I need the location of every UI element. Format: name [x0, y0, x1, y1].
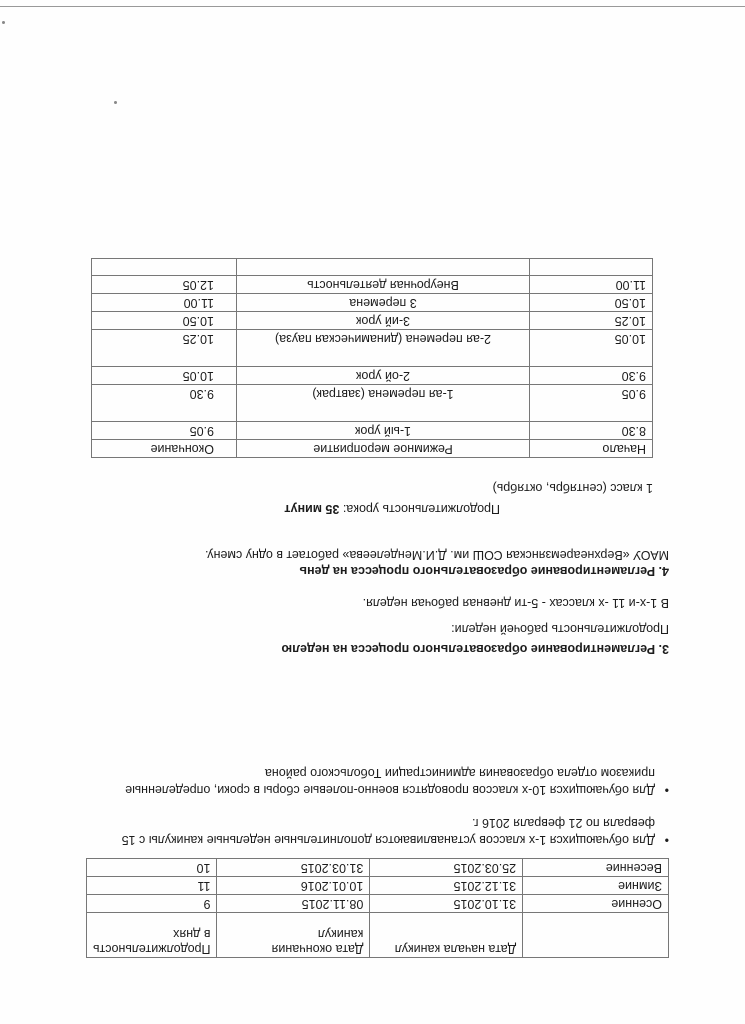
note-military-camp: • Для обучающихся 10-х классов проводятс… [79, 764, 669, 798]
table-row: Осенние 31.10.2015 08.11.2015 9 [87, 895, 669, 913]
section-3-line: Продолжительность рабочей недели: [451, 622, 669, 636]
header-cell: Дата начала каникул [370, 913, 523, 958]
end-time: 10.25 [92, 330, 237, 367]
scan-speck [2, 21, 5, 24]
end-time: 10.50 [92, 312, 237, 330]
table-row: Зимние 31.12.2015 10.01.2016 11 [87, 877, 669, 895]
table-row: 9.30 2-ой урок 10.05 [92, 367, 653, 385]
header-cell: Режимное мероприятие [237, 440, 530, 458]
bullet-icon: • [665, 831, 669, 848]
header-cell: Продолжительность в днях [87, 913, 218, 958]
note-first-grade-vacation: • Для обучающихся 1-х классов устанавлив… [79, 814, 669, 848]
event: 2-ой урок [237, 367, 530, 385]
scanned-page: Дата начала каникул Дата окончания каник… [0, 0, 745, 1024]
vacation-days: 11 [87, 877, 218, 895]
vacation-days: 9 [87, 895, 218, 913]
end-time: 10.05 [92, 367, 237, 385]
section-3-line: В 1-х-и 11 -х классах - 5-ти дневная раб… [363, 596, 669, 610]
page-edge-line [0, 6, 745, 7]
end-time: 12.05 [92, 276, 237, 294]
vacation-start: 25.03.2015 [370, 859, 523, 877]
header-cell: Окончание [92, 440, 237, 458]
table-row: 10.50 3 перемена 11.00 [92, 294, 653, 312]
vacation-table: Дата начала каникул Дата окончания каник… [86, 858, 669, 958]
event: 1-ая перемена (завтрак) [237, 385, 530, 422]
table-header-row: Начало Режимное мероприятие Окончание [92, 440, 653, 458]
lesson-duration-value: 35 минут [284, 502, 339, 516]
table-row: 9.05 1-ая перемена (завтрак) 9.30 [92, 385, 653, 422]
start-time: 11.00 [530, 276, 653, 294]
end-time: 11.00 [92, 294, 237, 312]
lesson-duration: Продолжительность урока: 35 минут [284, 502, 500, 516]
note-text: Для обучающихся 1-х классов устанавливаю… [79, 814, 655, 848]
vacation-end: 08.11.2015 [217, 895, 370, 913]
daily-schedule-table: Начало Режимное мероприятие Окончание 8.… [91, 258, 653, 458]
table-row: 10.05 2-ая перемена (динамическая пауза)… [92, 330, 653, 367]
start-time: 10.25 [530, 312, 653, 330]
table-row: 11.00 Внеурочная деятельность 12.05 [92, 276, 653, 294]
start-time: 9.05 [530, 385, 653, 422]
event: 3-ий урок [237, 312, 530, 330]
start-time: 9.30 [530, 367, 653, 385]
note-text: Для обучающихся 10-х классов проводятся … [79, 764, 655, 798]
table-header-row: Дата начала каникул Дата окончания каник… [87, 913, 669, 958]
vacation-end: 10.01.2016 [217, 877, 370, 895]
event: 1-ый урок [237, 422, 530, 440]
vacation-start: 31.10.2015 [370, 895, 523, 913]
scan-speck [114, 101, 117, 104]
event: 3 перемена [237, 294, 530, 312]
empty-cell [92, 259, 237, 276]
table-row: Весенние 25.03.2015 31.03.2015 10 [87, 859, 669, 877]
table-row-empty [92, 259, 653, 276]
vacation-name: Зимние [523, 877, 669, 895]
section-3-heading: 3. Регламентирование образовательного пр… [281, 642, 669, 656]
class-note: 1 класс (сентябрь, октябрь) [493, 481, 653, 495]
vacation-start: 31.12.2015 [370, 877, 523, 895]
table-row: 8.30 1-ый урок 9.05 [92, 422, 653, 440]
header-cell [523, 913, 669, 958]
table-row: 10.25 3-ий урок 10.50 [92, 312, 653, 330]
section-4-heading: 4. Регламентирование образовательного пр… [299, 564, 669, 578]
vacation-name: Весенние [523, 859, 669, 877]
start-time: 10.05 [530, 330, 653, 367]
vacation-end: 31.03.2015 [217, 859, 370, 877]
start-time: 10.50 [530, 294, 653, 312]
end-time: 9.05 [92, 422, 237, 440]
empty-cell [237, 259, 530, 276]
start-time: 8.30 [530, 422, 653, 440]
section-4-line: МАОУ «Верхнеаремзянская СОШ им. Д.И.Менд… [205, 548, 669, 562]
vacation-days: 10 [87, 859, 218, 877]
lesson-duration-label: Продолжительность урока: [339, 502, 500, 516]
header-cell: Дата окончания каникул [217, 913, 370, 958]
event: 2-ая перемена (динамическая пауза) [237, 330, 530, 367]
vacation-name: Осенние [523, 895, 669, 913]
bullet-icon: • [665, 781, 669, 798]
end-time: 9.30 [92, 385, 237, 422]
empty-cell [530, 259, 653, 276]
event: Внеурочная деятельность [237, 276, 530, 294]
header-cell: Начало [530, 440, 653, 458]
